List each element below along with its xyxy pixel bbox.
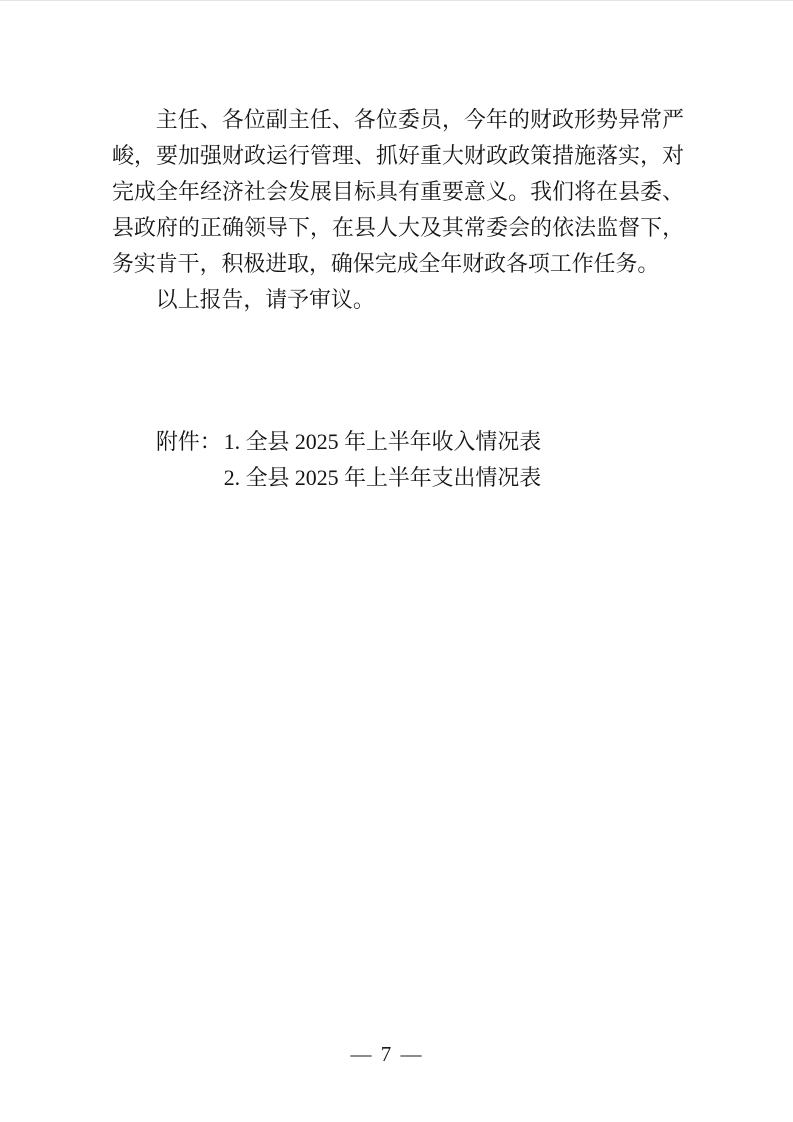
page-number: — 7 — bbox=[0, 1041, 774, 1067]
attachment-items: 1. 全县 2025 年上半年收入情况表 2. 全县 2025 年上半年支出情况… bbox=[224, 424, 541, 496]
attachment-item-1: 1. 全县 2025 年上半年收入情况表 bbox=[224, 424, 541, 460]
paragraph-main: 主任、各位副主任、各位委员，今年的财政形势异常严峻，要加强财政运行管理、抓好重大… bbox=[112, 102, 684, 282]
paragraph-closing: 以上报告，请予审议。 bbox=[112, 282, 684, 318]
attachment-list: 附件： 1. 全县 2025 年上半年收入情况表 2. 全县 2025 年上半年… bbox=[112, 424, 684, 496]
document-body: 主任、各位副主任、各位委员，今年的财政形势异常严峻，要加强财政运行管理、抓好重大… bbox=[112, 102, 684, 496]
document-page: { "page": { "background": "#ffffff", "te… bbox=[0, 0, 793, 1122]
attachment-item-2: 2. 全县 2025 年上半年支出情况表 bbox=[224, 460, 541, 496]
attachment-label: 附件： bbox=[156, 424, 222, 460]
